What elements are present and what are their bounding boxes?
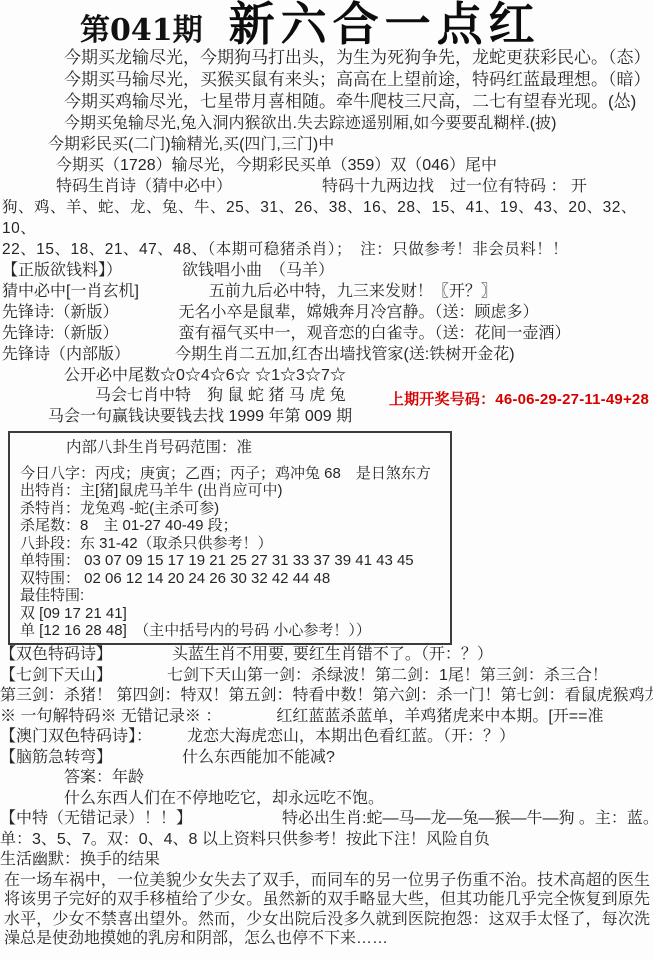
bagua-line-bazi: 今日八字：丙戌；庚寅；乙酉；丙子；鸡冲兔 68 是日煞东方 bbox=[20, 465, 446, 483]
xuanji-label: 猜中必中[一肖玄机] bbox=[2, 281, 139, 302]
xianfeng3-label: 先锋诗（内部版） bbox=[2, 344, 130, 365]
bagua-line-zuijia: 最佳特围: bbox=[20, 587, 446, 605]
bagua-line-baguaduan: 八卦段：东 31-42（取杀只供参考！） bbox=[20, 535, 446, 553]
buy-tip-line: 今期买（1728）输尽光，今期彩民买单（359）双（046）尾中 bbox=[0, 155, 653, 176]
bagua-info-box: 内部八卦生肖号码范围：准 今日八字：丙戌；庚寅；乙酉；丙子；鸡冲兔 68 是日煞… bbox=[8, 431, 452, 645]
zhongte-text: 特必出生肖:蛇—马—龙—兔—猴—牛—狗 。主：蓝。防：绿 bbox=[282, 809, 653, 830]
lottery-tip-sheet: 第041期 新六合一点红 今期买龙输尽光，今期狗马打出头，为生为死狗争先，龙蛇更… bbox=[0, 0, 653, 960]
page-title: 新六合一点红 bbox=[229, 14, 541, 35]
jiete-text: 红红蓝蓝杀蓝单，羊鸡猪虎来中本期。[开==准 bbox=[276, 707, 603, 728]
qixiao-row: 马会七肖中特 狗 鼠 蛇 猪 马 虎 兔 上期开奖号码：46-06-29-27-… bbox=[0, 386, 653, 406]
zhongte-row: 【中特（无错记录）！！】 特必出生肖:蛇—马—龙—兔—猴—牛—狗 。主：蓝。防：… bbox=[0, 809, 653, 830]
bagua-box-title: 内部八卦生肖号码范围：准 bbox=[20, 439, 446, 457]
bagua-line-chutexiao: 出特肖：主[猪]鼠虎马羊牛 (出肖应可中) bbox=[20, 482, 446, 500]
yuqian-text: 欲钱唱小曲 （马羊） bbox=[182, 260, 334, 281]
xianfeng1-text: 无名小卒是鼠辈，嫦娥奔月冷宫静。（送：顾虑多） bbox=[178, 302, 538, 323]
special-numbers-line-1: 狗、鸡、羊、蛇、龙、兔、牛、25、31、26、38、16、28、15、41、19… bbox=[0, 197, 653, 239]
qixiao-text: 马会七肖中特 狗 鼠 蛇 猪 马 虎 兔 bbox=[95, 387, 346, 404]
bagua-line-dantewei: 单特围： 03 07 09 15 17 19 21 25 27 31 33 37… bbox=[20, 552, 446, 570]
bagua-line-shaweishu: 杀尾数：8 主 01-27 40-49 段； bbox=[20, 517, 446, 535]
riddle-answer: 答案：年龄 bbox=[0, 768, 653, 789]
zhongte-label: 【中特（无错记录）！！】 bbox=[0, 809, 192, 830]
tail-numbers-line: 公开必中尾数☆0☆4☆6☆ ☆1☆3☆7☆ bbox=[0, 365, 653, 386]
naojin-label: 【脑筋急转弯】 bbox=[0, 748, 112, 769]
yuqian-label: 【正版欲钱料】） bbox=[2, 260, 122, 281]
bagua-line-dan: 单 [12 16 28 48] （主中括号内的号码 小心参考！）） bbox=[20, 622, 446, 640]
xianfeng-row-1: 先锋诗:（新版） 无名小卒是鼠辈，嫦娥奔月冷宫静。（送：顾虑多） bbox=[0, 302, 653, 323]
poem-line-horse: 今期买马输尽光，买猴买鼠有来头；高高在上望前途，特码红蓝最理想。（暗） bbox=[0, 69, 653, 91]
xianfeng3-text: 今期生肖二五加,红杏出墙找管家(送:铁树开金花) bbox=[175, 344, 515, 365]
xianfeng1-label: 先锋诗:（新版） bbox=[2, 302, 118, 323]
bagua-line-shuang: 双 [09 17 21 41] bbox=[20, 605, 446, 623]
last-draw-numbers: 上期开奖号码：46-06-29-27-11-49+28 bbox=[389, 390, 649, 410]
door-tip-line: 今期彩民买(二门)输精光,买(四门,三门)中 bbox=[0, 134, 653, 155]
humor-story: 在一场车祸中，一位美貌少女失去了双手，而同车的另一位男子伤重不治。技术高超的医生… bbox=[0, 871, 653, 949]
shengxiao-text: 特码十九两边找 过一位有特码 ： 开 bbox=[322, 176, 587, 197]
bagua-line-shatexiao: 杀特肖：龙兔鸡 -蛇(主杀可参) bbox=[20, 500, 446, 518]
shuangse-row: 【双色特码诗】 头蓝生肖不用要, 要红生肖错不了。（开：？） bbox=[0, 645, 653, 666]
xianfeng2-label: 先锋诗:（新版） bbox=[2, 323, 118, 344]
aomen-row: 【澳门双色特码诗】： 龙恋大海虎恋山，本期出色看红蓝。（开：？） bbox=[0, 727, 653, 748]
xianfeng2-text: 蛮有福气买中一，观音恋的白雀寺。（送：花间一壶酒） bbox=[178, 323, 570, 344]
poem-line-rabbit: 今期买兔输尽光,兔入洞内猴欲出.失去踪迹遥别厢,如今要要乱糊样.(披) bbox=[0, 113, 653, 134]
shengxiao-poem-row: 特码生肖诗（猜中必中） 特码十九两边找 过一位有特码 ： 开 bbox=[0, 176, 653, 197]
naojin-text: 什么东西能加不能减? bbox=[182, 748, 335, 769]
yuqian-row: 【正版欲钱料】） 欲钱唱小曲 （马羊） bbox=[0, 260, 653, 281]
aomen-label: 【澳门双色特码诗】： bbox=[0, 727, 152, 748]
xuanji-row: 猜中必中[一肖玄机] 五前九后必中特，九三来发财！〖开？〗 bbox=[0, 281, 653, 302]
shuangse-text: 头蓝生肖不用要, 要红生肖错不了。（开：？） bbox=[172, 645, 493, 666]
humor-title: 生活幽默：换手的结果 bbox=[0, 850, 653, 871]
poem-line-rooster: 今期买鸡输尽光，七星带月喜相随。牵牛爬枝三尺高，二七有望春光现。(怂) bbox=[0, 91, 653, 113]
issue-number: 第041期 bbox=[80, 20, 203, 41]
poem-line-dragon: 今期买龙输尽光，今期狗马打出头，为生为死狗争先，龙蛇更获彩民心。（态） bbox=[0, 47, 653, 69]
naojin-row: 【脑筋急转弯】 什么东西能加不能减? bbox=[0, 748, 653, 769]
qijian-text: 七剑下天山第一剑：杀绿波！第二剑：1尾！第三剑：杀三合！ bbox=[167, 666, 608, 687]
qijian-line-2: 第三剑：杀猪！ 第四剑：特双！第五剑：特看中数！第六剑：杀一门！第七剑：看鼠虎猴… bbox=[0, 686, 653, 707]
jiete-label: ※ 一句解特码※ 无错记录※ ： bbox=[0, 707, 221, 728]
riddle-question-2: 什么东西人们在不停地吃它，却永远吃不饱。 bbox=[0, 789, 653, 810]
yuqian-label-text: 【正版欲钱料】） bbox=[2, 262, 122, 279]
xianfeng-row-3: 先锋诗（内部版） 今期生肖二五加,红杏出墙找管家(送:铁树开金花) bbox=[0, 344, 653, 365]
bagua-line-shuangtewei: 双特围： 02 06 12 14 20 24 26 30 32 42 44 48 bbox=[20, 570, 446, 588]
aomen-text: 龙恋大海虎恋山，本期出色看红蓝。（开：？） bbox=[187, 727, 515, 748]
jiete-row: ※ 一句解特码※ 无错记录※ ： 红红蓝蓝杀蓝单，羊鸡猪虎来中本期。[开==准 bbox=[0, 707, 653, 728]
qijian-row: 【七剑下天山】 七剑下天山第一剑：杀绿波！第二剑：1尾！第三剑：杀三合！ bbox=[0, 666, 653, 687]
header: 第041期 新六合一点红 bbox=[0, 0, 653, 47]
xuanji-text: 五前九后必中特，九三来发财！〖开？〗 bbox=[209, 281, 497, 302]
zhongte-line-2: 单：3、5、7。双：0、4、8 以上资料只供参考！按此下注！风险自负 bbox=[0, 830, 653, 851]
qijian-label: 【七剑下天山】 bbox=[0, 666, 112, 687]
special-numbers-line-2: 22、15、18、21、47、48、（本期可稳猪杀肖）； 注：只做参考！非会员料… bbox=[0, 239, 653, 260]
shuangse-label: 【双色特码诗】 bbox=[0, 645, 112, 666]
xianfeng-row-2: 先锋诗:（新版） 蛮有福气买中一，观音恋的白雀寺。（送：花间一壶酒） bbox=[0, 323, 653, 344]
shengxiao-label: 特码生肖诗（猜中必中） bbox=[56, 176, 232, 197]
